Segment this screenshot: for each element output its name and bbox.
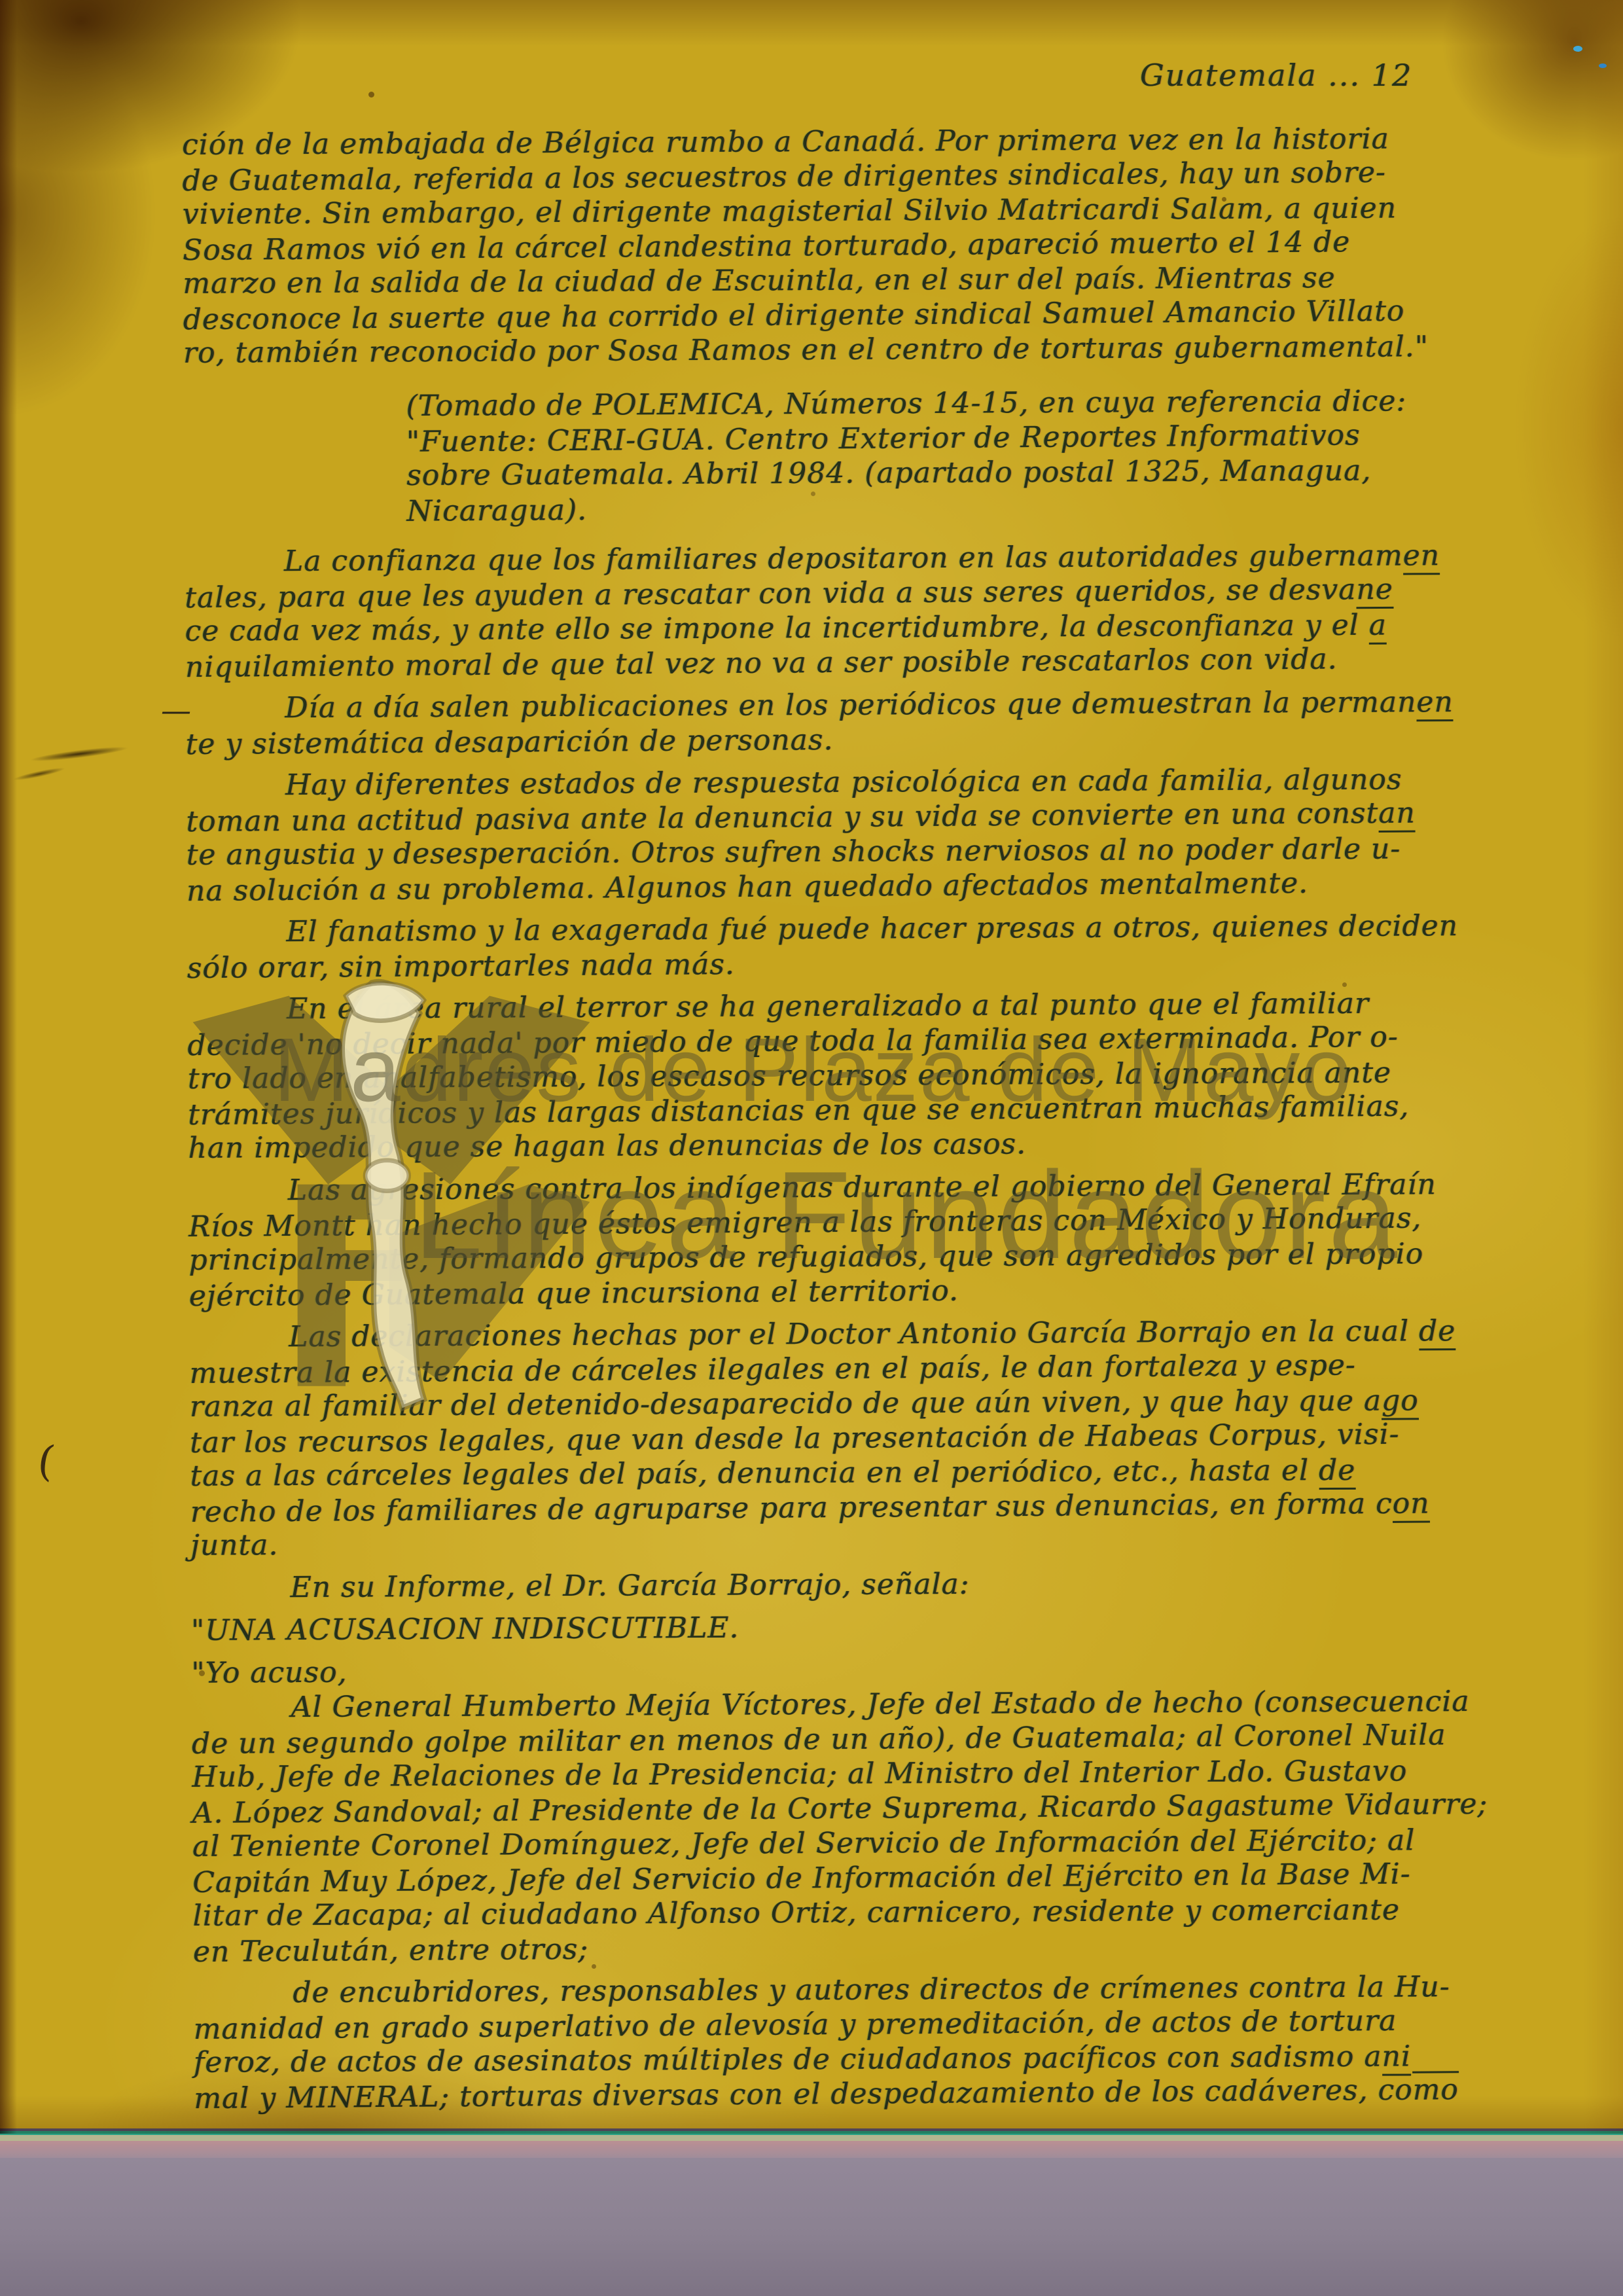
page-bottom-edge-pink-band — [0, 2141, 1623, 2158]
text-flow: ción de la embajada de Bélgica rumbo a C… — [182, 120, 1556, 2115]
text-line: han impedido que se hagan las denuncias … — [188, 1124, 1549, 1166]
text-line: "UNA ACUSACION INDISCUTIBLE. — [191, 1606, 1552, 1648]
paragraph-fanatismo: El fanatismo y la exagerada fué puede ha… — [187, 907, 1548, 985]
paragraph-agresiones-indigenas: Las agresiones contra los indígenas dura… — [188, 1166, 1550, 1313]
text-line: Nicaragua). — [406, 486, 1545, 528]
paragraph-acusados: Al General Humberto Mejía Víctores, Jefe… — [192, 1683, 1555, 1969]
text-line: junta. — [190, 1521, 1552, 1563]
paper-specks — [0, 0, 3, 3]
text-line: En su Informe, el Dr. García Borrajo, se… — [190, 1564, 1552, 1605]
paragraph-respuesta-psicologica: Hay diferentes estados de respuesta psic… — [186, 761, 1548, 908]
paragraph-cargos: de encubridores, responsables y autores … — [193, 1968, 1555, 2115]
paragraph-area-rural: En el área rural el terror se ha general… — [187, 984, 1550, 1166]
paragraph-declaraciones-borrajo: Las declaraciones hechas por el Doctor A… — [189, 1312, 1552, 1564]
paragraph-informe-intro: En su Informe, el Dr. García Borrajo, se… — [190, 1563, 1552, 1606]
text-line: ro, también reconocido por Sosa Ramos en… — [183, 329, 1544, 370]
page-bottom-edge-highlight — [0, 2135, 1623, 2141]
paragraph-publicaciones: Día a día salen publicaciones en los per… — [185, 683, 1547, 761]
staple-glint — [1573, 46, 1582, 52]
scanned-document-page: Guatemala ... 12 ción de la embajada de … — [0, 0, 1623, 2296]
source-citation: (Tomado de POLEMICA, Números 14-15, en c… — [406, 382, 1545, 528]
page-header: Guatemala ... 12 — [1140, 58, 1412, 93]
paragraph-confianza: La confianza que los familiares deposita… — [185, 537, 1546, 684]
scanner-background — [0, 2128, 1623, 2296]
paragraph-continuation: ción de la embajada de Bélgica rumbo a C… — [182, 120, 1544, 371]
heading-acusacion: "UNA ACUSACION INDISCUTIBLE. — [191, 1605, 1552, 1649]
scanner-bed — [0, 2158, 1623, 2296]
margin-dash-mark: — — [161, 692, 190, 728]
